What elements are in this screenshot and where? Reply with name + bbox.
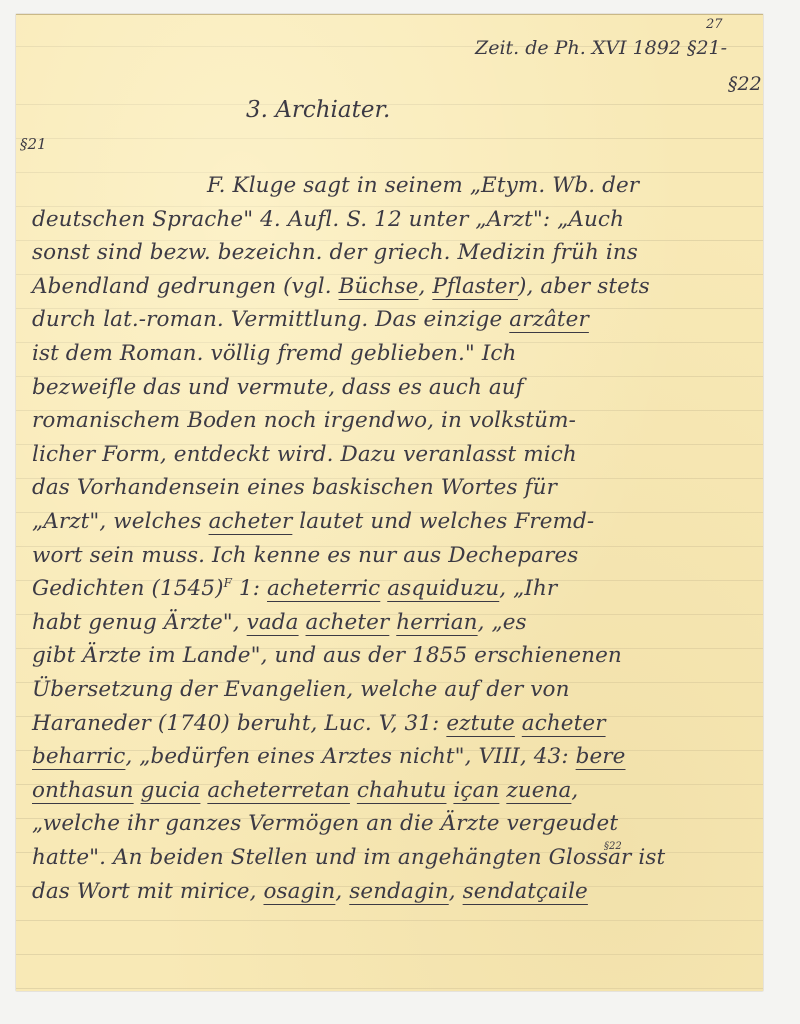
text-segment: 1: bbox=[232, 576, 267, 601]
text-segment: gibt Ärzte im Lande", und aus der 1855 e… bbox=[32, 643, 622, 668]
text-segment: habt genug Ärzte", bbox=[32, 610, 247, 635]
text-segment: das Wort mit mirice, bbox=[32, 879, 263, 904]
manuscript-line: das Wort mit mirice, osagin, sendagin, s… bbox=[32, 879, 588, 919]
underlined-word: sendatçaile bbox=[463, 879, 588, 904]
text-segment: Abendland gedrungen (vgl. bbox=[32, 274, 339, 299]
underlined-word: osagin bbox=[263, 879, 335, 904]
text-segment: durch lat.-roman. Vermittlung. Das einzi… bbox=[32, 307, 509, 332]
text-segment: wort sein muss. Ich kenne es nur aus Dec… bbox=[32, 543, 578, 568]
page-number: 27 bbox=[706, 17, 723, 32]
text-segment: lautet und welches Fremd- bbox=[292, 509, 594, 534]
text-segment: Gedichten (1545) bbox=[32, 576, 224, 601]
text-segment: hatte". An beiden Stellen und im angehän… bbox=[32, 845, 665, 870]
reference-line-continued: §22 bbox=[728, 73, 762, 95]
text-segment: , bbox=[571, 778, 578, 803]
underlined-word: vada bbox=[247, 610, 299, 635]
text-segment: , „bedürfen eines Arztes nicht", VIII, 4… bbox=[125, 744, 575, 769]
underlined-word: asquiduzu bbox=[387, 576, 499, 601]
text-segment: , bbox=[449, 879, 463, 904]
text-segment bbox=[134, 778, 141, 803]
text-segment: Haraneder (1740) beruht, Luc. V, 31: bbox=[32, 711, 446, 736]
underlined-word: acheter bbox=[522, 711, 606, 736]
underlined-word: herrian bbox=[396, 610, 477, 635]
underlined-word: zuena bbox=[506, 778, 571, 803]
text-segment: „welche ihr ganzes Vermögen an die Ärzte… bbox=[32, 811, 618, 836]
underlined-word: sendagin bbox=[349, 879, 448, 904]
underlined-word: içan bbox=[453, 778, 499, 803]
text-segment bbox=[299, 610, 306, 635]
text-segment bbox=[350, 778, 357, 803]
underlined-word: arzâter bbox=[509, 307, 589, 332]
underlined-word: chahutu bbox=[357, 778, 447, 803]
underlined-word: acheterric bbox=[267, 576, 380, 601]
text-segment: ist dem Roman. völlig fremd geblieben." … bbox=[32, 341, 517, 366]
underlined-word: acheter bbox=[306, 610, 390, 635]
underlined-word: onthasun bbox=[32, 778, 134, 803]
underlined-word: acheterretan bbox=[207, 778, 350, 803]
text-segment: romanischem Boden noch irgendwo, in volk… bbox=[32, 408, 576, 433]
manuscript-page: 27 Zeit. de Ph. XVI 1892 §21- §22 3. Arc… bbox=[16, 14, 763, 991]
text-segment: deutschen Sprache" 4. Aufl. S. 12 unter … bbox=[32, 207, 624, 232]
underlined-word: acheter bbox=[209, 509, 293, 534]
text-segment: „Arzt", welches bbox=[32, 509, 209, 534]
underlined-word: eztute bbox=[446, 711, 515, 736]
text-segment: , „es bbox=[478, 610, 527, 635]
text-segment: , bbox=[335, 879, 349, 904]
text-segment: sonst sind bezw. bezeichn. der griech. M… bbox=[32, 240, 638, 265]
text-segment: F bbox=[224, 576, 232, 590]
text-segment: , „Ihr bbox=[499, 576, 557, 601]
text-segment: Übersetzung der Evangelien, welche auf d… bbox=[32, 677, 570, 702]
underlined-word: bere bbox=[576, 744, 626, 769]
text-segment: licher Form, entdeckt wird. Dazu veranla… bbox=[32, 442, 577, 467]
underlined-word: Pflaster bbox=[432, 274, 518, 299]
underlined-word: beharric bbox=[32, 744, 125, 769]
text-segment: das Vorhandensein eines baskischen Worte… bbox=[32, 475, 557, 500]
underlined-word: Büchse bbox=[339, 274, 419, 299]
text-segment: ), aber stets bbox=[518, 274, 650, 299]
text-segment: F. Kluge sagt in seinem „Etym. Wb. der bbox=[207, 173, 639, 198]
reference-line: Zeit. de Ph. XVI 1892 §21- bbox=[475, 37, 727, 59]
text-segment bbox=[515, 711, 522, 736]
page-title: 3. Archiater. bbox=[246, 97, 390, 123]
text-segment: bezweifle das und vermute, dass es auch … bbox=[32, 375, 524, 400]
underlined-word: gucia bbox=[141, 778, 201, 803]
text-segment: , bbox=[419, 274, 433, 299]
section-margin-note: §21 bbox=[20, 135, 47, 153]
